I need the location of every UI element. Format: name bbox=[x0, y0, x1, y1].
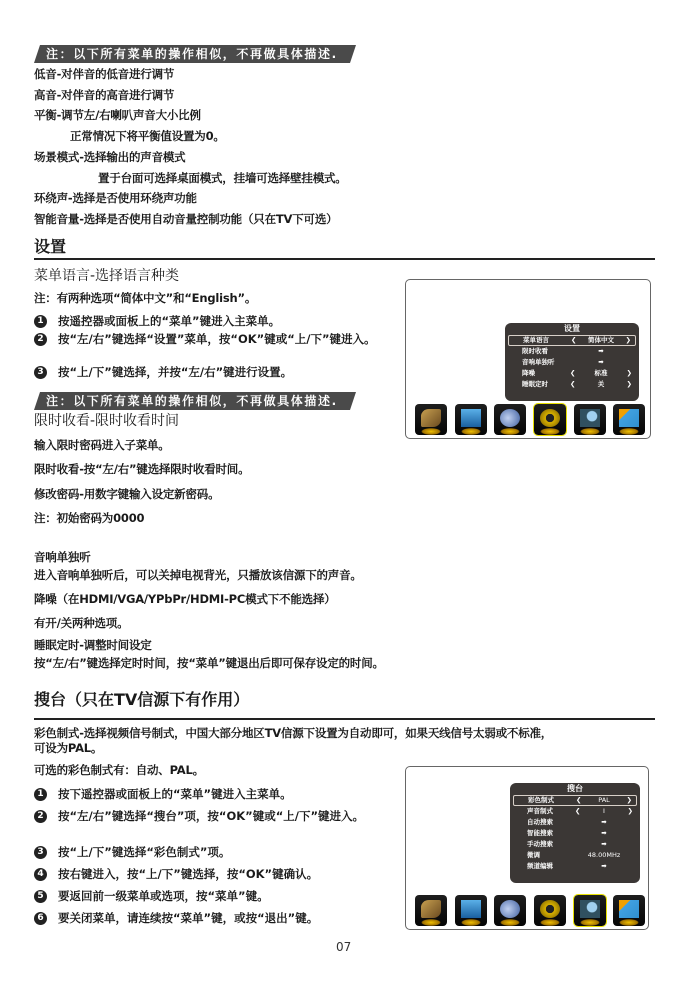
osd-settings-menu: 设置 菜单语言 ❮ 简体中文 ❯ 限时收看 ➡ 音响单独听 ➡ 降噪 ❮ 标准 … bbox=[505, 323, 639, 401]
picture-icon bbox=[415, 895, 447, 926]
sound-item-balance: 平衡-调节左/右喇叭声音大小比例 bbox=[34, 107, 201, 123]
step-number-badge: 3 bbox=[34, 366, 47, 379]
osd-row-audio-only: 音响单独听 ➡ bbox=[508, 357, 636, 368]
settings-step-3: 3 按“上/下”键选择，并按“左/右”键进行设置。 bbox=[34, 365, 394, 380]
settings-gear-icon bbox=[534, 895, 566, 926]
apps-icon bbox=[613, 895, 645, 926]
step-number-badge: 6 bbox=[34, 912, 47, 925]
sound-item-smart-volume: 智能音量-选择是否使用自动音量控制功能（只在TV下可选） bbox=[34, 211, 337, 227]
arrow-right-icon: ➡ bbox=[575, 861, 633, 872]
step-number-badge: 3 bbox=[34, 846, 47, 859]
parental-timer-line-1: 输入限时密码进入子菜单。 bbox=[34, 437, 170, 453]
parental-timer-line-4: 注：初始密码为0000 bbox=[34, 510, 144, 526]
osd-row-noise-reduction: 降噪 ❮ 标准 ❯ bbox=[508, 368, 636, 379]
note-banner-2: 注：以下所有菜单的操作相似，不再做具体描述. bbox=[34, 392, 356, 410]
osd-row-parental-timer: 限时收看 ➡ bbox=[508, 346, 636, 357]
sleep-timer-heading: 睡眠定时-调整时间设定 bbox=[34, 637, 152, 653]
sound-icon bbox=[494, 404, 526, 435]
osd-row-manual-search: 手动搜索 ➡ bbox=[513, 839, 637, 850]
osd-row-sleep-timer: 睡眠定时 ❮ 关 ❯ bbox=[508, 379, 636, 390]
sound-item-surround: 环绕声-选择是否使用环绕声功能 bbox=[34, 190, 197, 206]
sound-item-balance-note: 正常情况下将平衡值设置为0。 bbox=[70, 128, 225, 144]
sound-item-bass: 低音-对伴音的低音进行调节 bbox=[34, 66, 174, 82]
chevron-right-icon: ❯ bbox=[627, 368, 632, 379]
step-number-badge: 2 bbox=[34, 333, 47, 346]
apps-icon bbox=[613, 404, 645, 435]
chevron-right-icon: ❯ bbox=[628, 806, 633, 817]
settings-step-2: 2 按“左/右”键选择“设置”菜单，按“OK”键或“上/下”键进入。 bbox=[34, 332, 394, 347]
tuning-step-4: 4 按右键进入，按“上/下”键选择，按“OK”键确认。 bbox=[34, 867, 394, 882]
step-number-badge: 2 bbox=[34, 810, 47, 823]
tuning-step-6: 6 要关闭菜单，请连续按“菜单”键，或按“退出”键。 bbox=[34, 911, 394, 926]
page-number: 07 bbox=[336, 940, 351, 954]
tuning-step-1: 1 按下遥控器或面板上的“菜单”键进入主菜单。 bbox=[34, 787, 394, 802]
menu-language-subheading: 菜单语言-选择语言种类 bbox=[34, 268, 179, 284]
arrow-right-icon: ➡ bbox=[575, 828, 633, 839]
tuning-divider bbox=[34, 718, 655, 720]
sound-icon bbox=[494, 895, 526, 926]
screen-icon bbox=[455, 404, 487, 435]
arrow-right-icon: ➡ bbox=[575, 817, 633, 828]
audio-only-desc: 进入音响单独听后，可以关掉电视背光，只播放该信源下的声音。 bbox=[34, 567, 362, 583]
sleep-timer-desc: 按“左/右”键选择定时时间，按“菜单”键退出后即可保存设定的时间。 bbox=[34, 655, 384, 671]
osd-row-channel-edit: 频道编辑 ➡ bbox=[513, 861, 637, 872]
arrow-right-icon: ➡ bbox=[575, 839, 633, 850]
settings-step-1: 1 按遥控器或面板上的“菜单”键进入主菜单。 bbox=[34, 314, 394, 329]
step-number-badge: 4 bbox=[34, 868, 47, 881]
osd-row-menu-language: 菜单语言 ❮ 简体中文 ❯ bbox=[508, 335, 636, 346]
sound-item-treble: 高音-对伴音的高音进行调节 bbox=[34, 87, 174, 103]
menu-language-note: 注：有两种选项“简体中文”和“English”。 bbox=[34, 290, 256, 306]
osd-row-color-system: 彩色制式 ❮ PAL ❯ bbox=[513, 795, 637, 806]
noise-reduction-desc: 有开/关两种选项。 bbox=[34, 615, 128, 631]
note-banner-text: 注：以下所有菜单的操作相似，不再做具体描述. bbox=[46, 46, 338, 62]
osd-title: 设置 bbox=[505, 323, 639, 335]
settings-divider bbox=[34, 258, 655, 260]
osd-row-smart-search: 智能搜索 ➡ bbox=[513, 828, 637, 839]
step-number-badge: 1 bbox=[34, 315, 47, 328]
chevron-right-icon: ❯ bbox=[626, 336, 631, 345]
chevron-right-icon: ❯ bbox=[627, 379, 632, 390]
osd-row-auto-search: 自动搜索 ➡ bbox=[513, 817, 637, 828]
arrow-right-icon: ➡ bbox=[570, 346, 632, 357]
sound-item-scene-mode: 场景模式-选择输出的声音模式 bbox=[34, 149, 185, 165]
parental-timer-line-2: 限时收看-按“左/右”键选择限时收看时间。 bbox=[34, 461, 249, 477]
step-number-badge: 1 bbox=[34, 788, 47, 801]
arrow-right-icon: ➡ bbox=[570, 357, 632, 368]
note-banner-text: 注：以下所有菜单的操作相似，不再做具体描述. bbox=[46, 393, 338, 409]
color-system-options: 可选的彩色制式有：自动、PAL。 bbox=[34, 762, 204, 778]
step-number-badge: 5 bbox=[34, 890, 47, 903]
tv-screen-tuning: 搜台 彩色制式 ❮ PAL ❯ 声音制式 ❮ I ❯ 自动搜索 ➡ 智能搜索 ➡… bbox=[405, 766, 649, 930]
search-channel-icon bbox=[574, 895, 606, 926]
tuning-step-3: 3 按“上/下”键选择“彩色制式”项。 bbox=[34, 845, 394, 860]
screen-icon bbox=[455, 895, 487, 926]
parental-timer-heading: 限时收看-限时收看时间 bbox=[34, 413, 179, 429]
sound-item-scene-mode-note: 置于台面可选择桌面模式，挂墙可选择壁挂模式。 bbox=[98, 170, 347, 186]
search-channel-icon bbox=[574, 404, 606, 435]
color-system-desc: 彩色制式-选择视频信号制式，中国大部分地区TV信源下设置为自动即可，如果天线信号… bbox=[34, 725, 552, 741]
noise-reduction-heading: 降噪（在HDMI/VGA/YPbPr/HDMI-PC模式下不能选择） bbox=[34, 591, 336, 607]
tuning-step-5: 5 要返回前一级菜单或选项，按“菜单”键。 bbox=[34, 889, 394, 904]
settings-heading: 设置 bbox=[34, 237, 66, 257]
picture-icon bbox=[415, 404, 447, 435]
color-system-desc-2: 可设为PAL。 bbox=[34, 740, 102, 756]
note-banner: 注：以下所有菜单的操作相似，不再做具体描述. bbox=[34, 45, 356, 63]
audio-only-heading: 音响单独听 bbox=[34, 549, 91, 565]
tv-screen-settings: 设置 菜单语言 ❮ 简体中文 ❯ 限时收看 ➡ 音响单独听 ➡ 降噪 ❮ 标准 … bbox=[405, 279, 651, 439]
tuning-step-2: 2 按“左/右”键选择“搜台”项，按“OK”键或“上/下”键进入。 bbox=[34, 809, 394, 824]
chevron-right-icon: ❯ bbox=[627, 796, 632, 805]
osd-title: 搜台 bbox=[510, 783, 640, 795]
settings-gear-icon bbox=[534, 404, 566, 435]
osd-row-fine-tune: 微调 48.00MHz bbox=[513, 850, 637, 861]
osd-row-sound-system: 声音制式 ❮ I ❯ bbox=[513, 806, 637, 817]
parental-timer-line-3: 修改密码-用数字键输入设定新密码。 bbox=[34, 486, 219, 502]
osd-tuning-menu: 搜台 彩色制式 ❮ PAL ❯ 声音制式 ❮ I ❯ 自动搜索 ➡ 智能搜索 ➡… bbox=[510, 783, 640, 883]
tuning-heading: 搜台（只在TV信源下有作用） bbox=[34, 690, 249, 710]
